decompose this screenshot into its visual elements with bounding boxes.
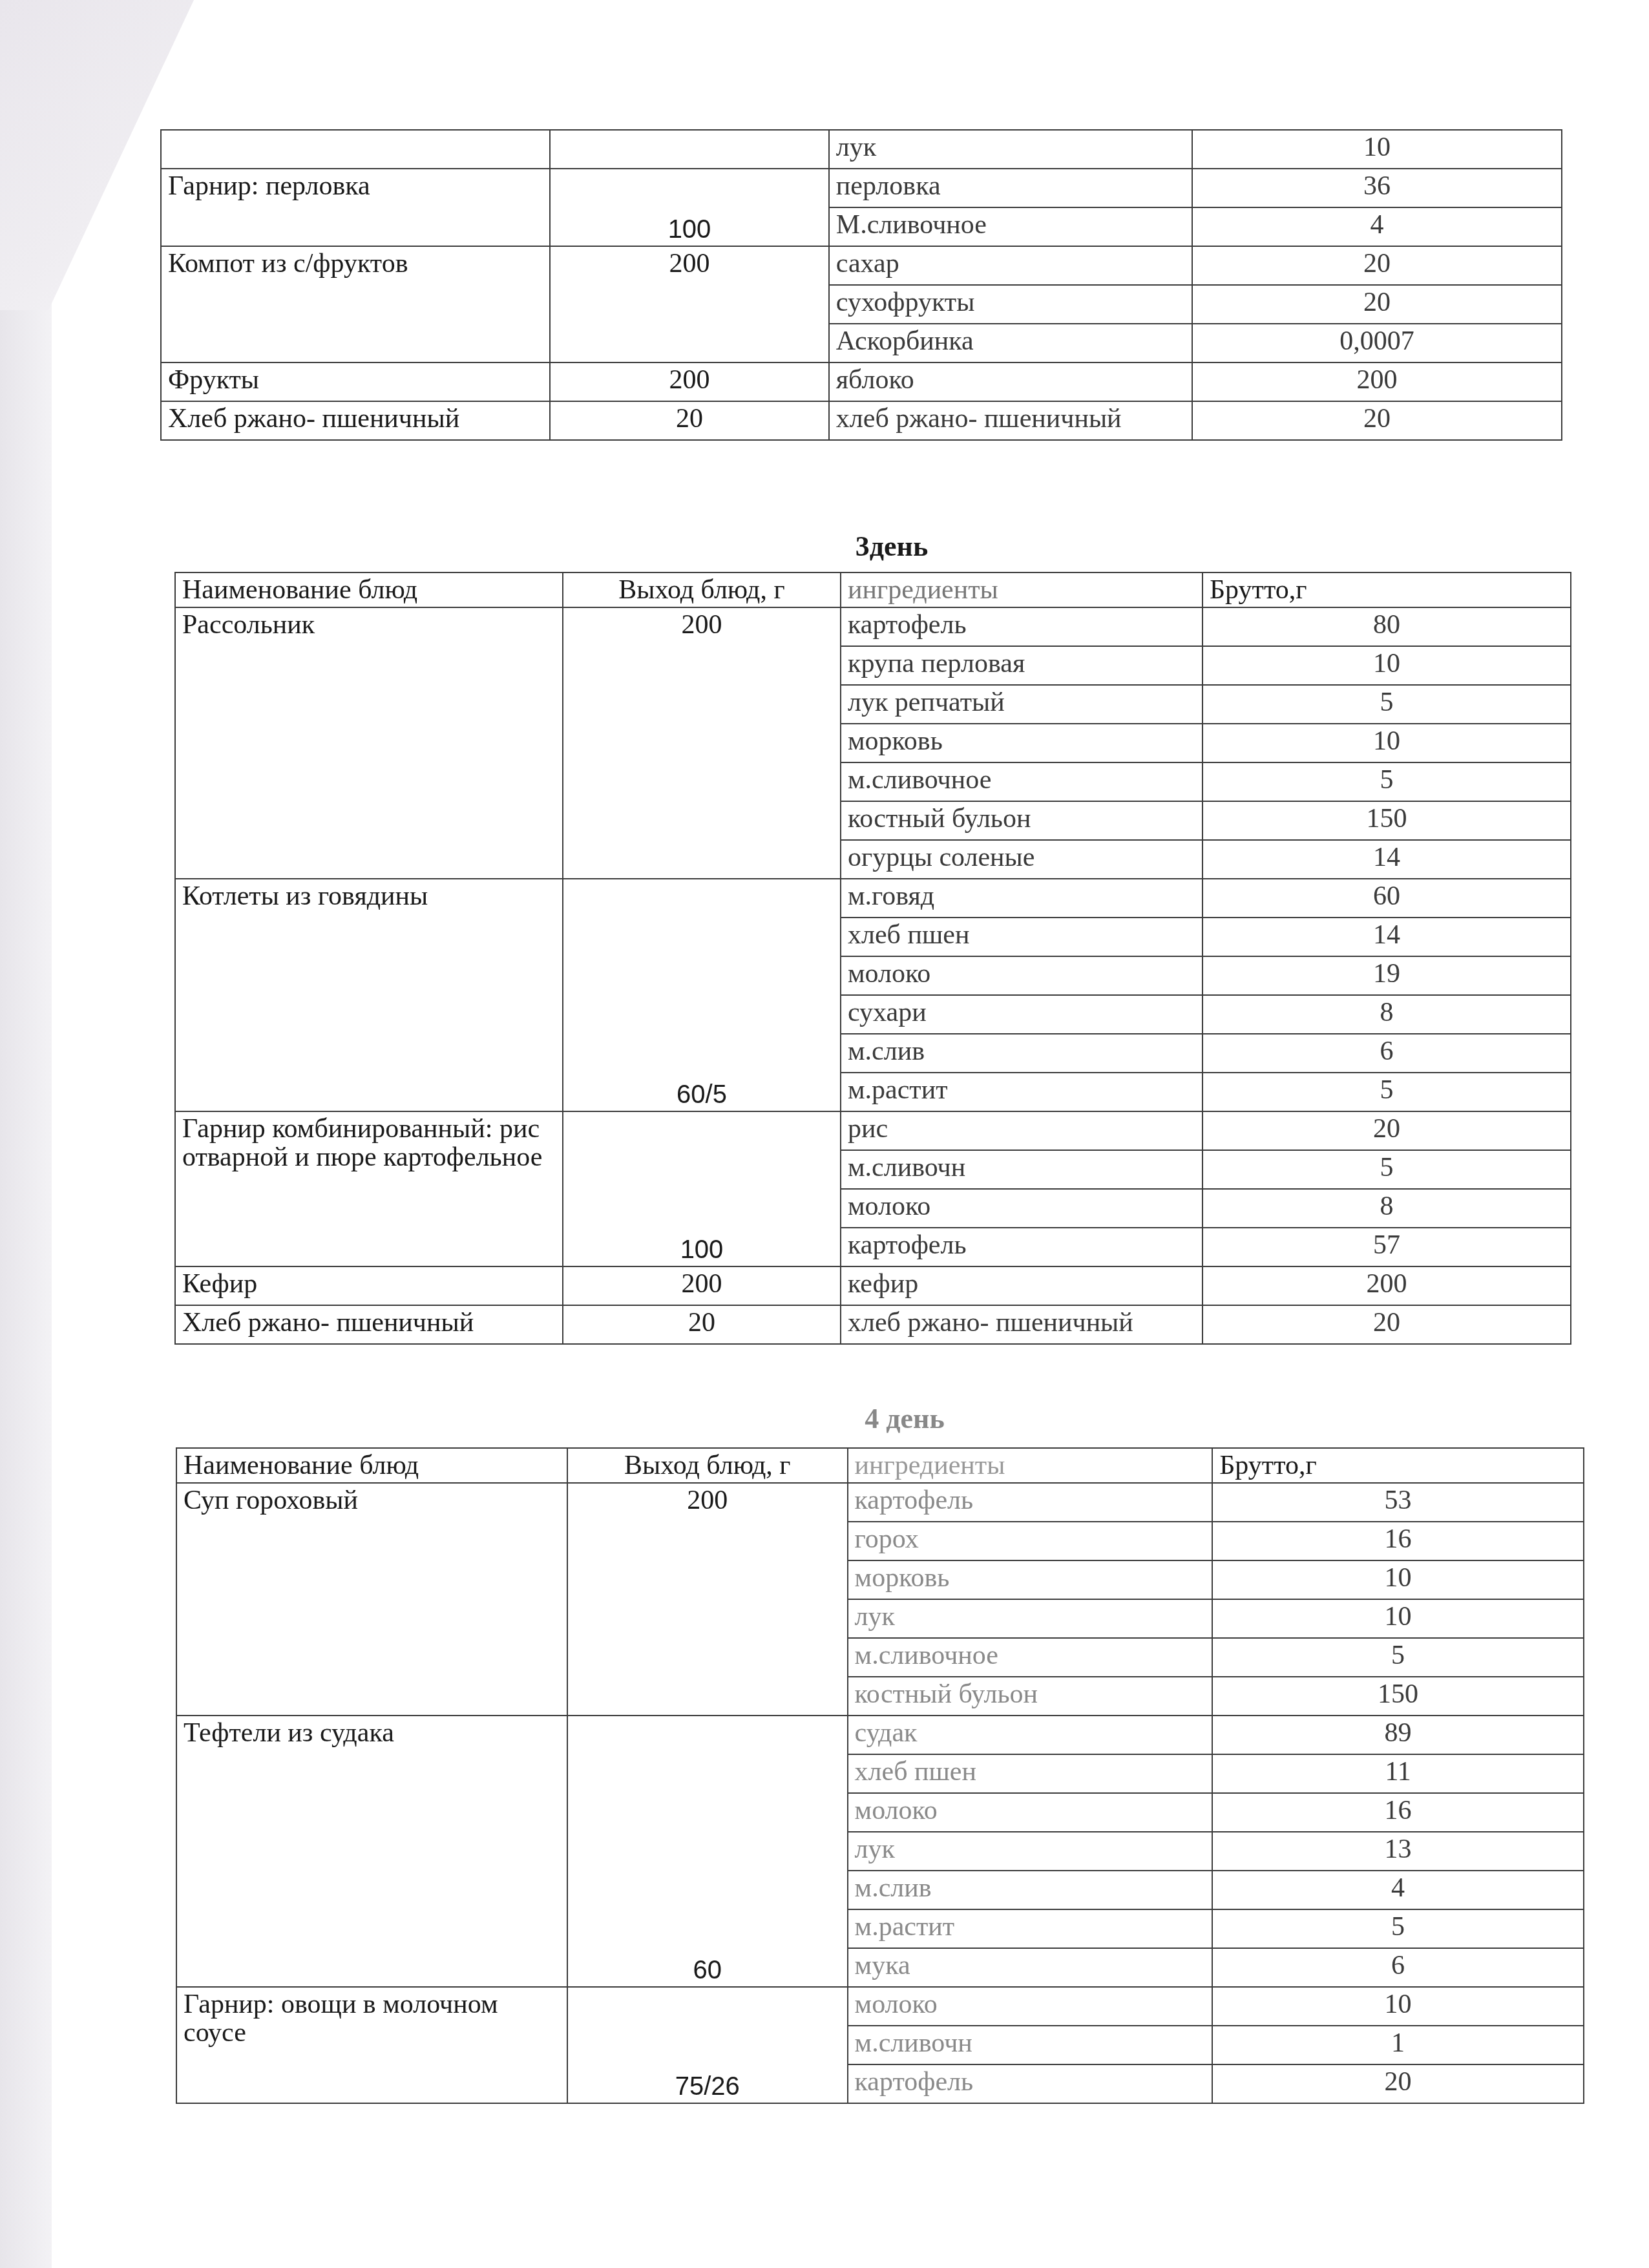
table-row: Суп гороховый200картофель53 <box>176 1483 1584 1522</box>
ingredient-name: картофель <box>841 1228 1203 1266</box>
table-row: Тефтели из судака60судак89 <box>176 1716 1584 1754</box>
ingredient-name: хлеб ржано- пшеничный <box>829 401 1192 440</box>
dish-name: Гарнир: овощи в молочном соусе <box>176 1987 567 2103</box>
ingredient-gross: 10 <box>1203 724 1571 762</box>
ingredient-gross: 5 <box>1203 762 1571 801</box>
ingredient-gross: 10 <box>1203 646 1571 685</box>
dish-name: Котлеты из говядины <box>175 879 563 1111</box>
dish-yield: 20 <box>563 1305 841 1344</box>
dish-yield: 100 <box>563 1111 841 1266</box>
ingredient-gross: 53 <box>1212 1483 1584 1522</box>
ingredient-name: огурцы соленые <box>841 840 1203 879</box>
ingredient-name: сухари <box>841 995 1203 1034</box>
ingredient-gross: 6 <box>1203 1034 1571 1073</box>
dish-name: Кефир <box>175 1266 563 1305</box>
ingredient-gross: 10 <box>1212 1599 1584 1638</box>
ingredient-gross: 13 <box>1212 1832 1584 1871</box>
ingredient-gross: 19 <box>1203 956 1571 995</box>
ingredient-gross: 5 <box>1212 1909 1584 1948</box>
ingredient-gross: 4 <box>1192 207 1562 246</box>
ingredient-name: хлеб пшен <box>841 918 1203 956</box>
ingredient-name: хлеб пшен <box>848 1754 1213 1793</box>
ingredient-name: хлеб ржано- пшеничный <box>841 1305 1203 1344</box>
dish-name: Хлеб ржано- пшеничный <box>175 1305 563 1344</box>
ingredient-gross: 14 <box>1203 918 1571 956</box>
dish-yield: 60/5 <box>563 879 841 1111</box>
table-row: Гарнир: перловка100перловка36 <box>161 169 1562 207</box>
ingredient-name: м.говяд <box>841 879 1203 918</box>
ingredient-gross: 20 <box>1192 401 1562 440</box>
ingredient-gross: 1 <box>1212 2026 1584 2064</box>
table-row: Кефир200кефир200 <box>175 1266 1571 1305</box>
ingredient-name: м.слив <box>848 1871 1213 1909</box>
ingredient-gross: 200 <box>1203 1266 1571 1305</box>
ingredient-name: молоко <box>841 956 1203 995</box>
table-row: Хлеб ржано- пшеничный20хлеб ржано- пшени… <box>161 401 1562 440</box>
ingredient-gross: 10 <box>1212 1560 1584 1599</box>
dish-yield: 200 <box>563 1266 841 1305</box>
ingredient-gross: 5 <box>1212 1638 1584 1677</box>
ingredient-gross: 5 <box>1203 1073 1571 1111</box>
table-row: Фрукты200яблоко200 <box>161 362 1562 401</box>
header-dish: Наименование блюд <box>176 1448 567 1483</box>
ingredient-gross: 150 <box>1212 1677 1584 1716</box>
dish-yield: 100 <box>550 169 829 246</box>
dish-yield: 200 <box>550 362 829 401</box>
ingredient-name: крупа перловая <box>841 646 1203 685</box>
header-dish: Наименование блюд <box>175 572 563 607</box>
header-gross: Брутто,г <box>1212 1448 1584 1483</box>
table-row: Гарнир комбинированный: рис отварной и п… <box>175 1111 1571 1150</box>
ingredient-name: перловка <box>829 169 1192 207</box>
ingredient-name: картофель <box>841 607 1203 646</box>
header-gross: Брутто,г <box>1203 572 1571 607</box>
header-ingredients: ингредиенты <box>841 572 1203 607</box>
day3-table: Наименование блюд Выход блюд, г ингредие… <box>174 572 1571 1345</box>
ingredient-gross: 10 <box>1192 130 1562 169</box>
ingredient-gross: 60 <box>1203 879 1571 918</box>
ingredient-gross: 16 <box>1212 1522 1584 1560</box>
table-row: Рассольник200картофель80 <box>175 607 1571 646</box>
ingredient-gross: 20 <box>1212 2064 1584 2103</box>
ingredient-gross: 150 <box>1203 801 1571 840</box>
header-row: Наименование блюд Выход блюд, г ингредие… <box>175 572 1571 607</box>
ingredient-name: лук <box>829 130 1192 169</box>
ingredient-gross: 20 <box>1192 246 1562 285</box>
ingredient-gross: 11 <box>1212 1754 1584 1793</box>
ingredient-name: морковь <box>841 724 1203 762</box>
ingredient-name: лук <box>848 1599 1213 1638</box>
header-row: Наименование блюд Выход блюд, г ингредие… <box>176 1448 1584 1483</box>
ingredient-name: сухофрукты <box>829 285 1192 324</box>
table-row: Гарнир: овощи в молочном соусе75/26молок… <box>176 1987 1584 2026</box>
table-row: Компот из с/фруктов200сахар20 <box>161 246 1562 285</box>
ingredient-name: м.сливочн <box>841 1150 1203 1189</box>
dish-name: Тефтели из судака <box>176 1716 567 1987</box>
header-ingredients: ингредиенты <box>848 1448 1213 1483</box>
ingredient-gross: 5 <box>1203 1150 1571 1189</box>
dish-name: Компот из с/фруктов <box>161 246 550 362</box>
dish-name: Фрукты <box>161 362 550 401</box>
ingredient-gross: 57 <box>1203 1228 1571 1266</box>
ingredient-name: костный бульон <box>841 801 1203 840</box>
ingredient-name: лук репчатый <box>841 685 1203 724</box>
table-row: Котлеты из говядины60/5м.говяд60 <box>175 879 1571 918</box>
ingredient-name: м.сливочное <box>841 762 1203 801</box>
ingredient-name: молоко <box>848 1987 1213 2026</box>
ingredient-name: костный бульон <box>848 1677 1213 1716</box>
ingredient-name: мука <box>848 1948 1213 1987</box>
ingredient-gross: 20 <box>1192 285 1562 324</box>
ingredient-gross: 4 <box>1212 1871 1584 1909</box>
ingredient-name: лук <box>848 1832 1213 1871</box>
ingredient-gross: 89 <box>1212 1716 1584 1754</box>
table-row: лук10 <box>161 130 1562 169</box>
ingredient-name: горох <box>848 1522 1213 1560</box>
ingredient-gross: 80 <box>1203 607 1571 646</box>
ingredient-gross: 20 <box>1203 1111 1571 1150</box>
header-yield: Выход блюд, г <box>563 572 841 607</box>
scanner-shadow-lower <box>0 278 52 2268</box>
ingredient-gross: 16 <box>1212 1793 1584 1832</box>
continuation-table: лук10Гарнир: перловка100перловка36М.слив… <box>160 129 1562 441</box>
dish-name: Суп гороховый <box>176 1483 567 1716</box>
ingredient-gross: 36 <box>1192 169 1562 207</box>
table-row: Хлеб ржано- пшеничный20хлеб ржано- пшени… <box>175 1305 1571 1344</box>
dish-name: Гарнир комбинированный: рис отварной и п… <box>175 1111 563 1266</box>
ingredient-name: м.растит <box>841 1073 1203 1111</box>
dish-name: Рассольник <box>175 607 563 879</box>
ingredient-gross: 8 <box>1203 1189 1571 1228</box>
ingredient-gross: 200 <box>1192 362 1562 401</box>
dish-yield: 20 <box>550 401 829 440</box>
dish-yield <box>550 130 829 169</box>
dish-yield: 200 <box>563 607 841 879</box>
ingredient-name: м.растит <box>848 1909 1213 1948</box>
ingredient-gross: 8 <box>1203 995 1571 1034</box>
ingredient-gross: 6 <box>1212 1948 1584 1987</box>
ingredient-name: судак <box>848 1716 1213 1754</box>
ingredient-name: М.сливочное <box>829 207 1192 246</box>
ingredient-gross: 5 <box>1203 685 1571 724</box>
ingredient-gross: 10 <box>1212 1987 1584 2026</box>
dish-yield: 200 <box>550 246 829 362</box>
day4-title: 4 день <box>775 1402 1034 1435</box>
ingredient-gross: 14 <box>1203 840 1571 879</box>
dish-yield: 75/26 <box>567 1987 848 2103</box>
dish-name: Гарнир: перловка <box>161 169 550 246</box>
dish-yield: 200 <box>567 1483 848 1716</box>
header-yield: Выход блюд, г <box>567 1448 848 1483</box>
ingredient-name: м.слив <box>841 1034 1203 1073</box>
ingredient-name: Аскорбинка <box>829 324 1192 362</box>
ingredient-name: морковь <box>848 1560 1213 1599</box>
day3-title: 3день <box>762 530 1021 563</box>
ingredient-name: картофель <box>848 2064 1213 2103</box>
ingredient-name: рис <box>841 1111 1203 1150</box>
ingredient-gross: 0,0007 <box>1192 324 1562 362</box>
ingredient-name: картофель <box>848 1483 1213 1522</box>
ingredient-gross: 20 <box>1203 1305 1571 1344</box>
dish-name <box>161 130 550 169</box>
ingredient-name: сахар <box>829 246 1192 285</box>
ingredient-name: молоко <box>841 1189 1203 1228</box>
ingredient-name: яблоко <box>829 362 1192 401</box>
ingredient-name: м.сливочное <box>848 1638 1213 1677</box>
day4-table: Наименование блюд Выход блюд, г ингредие… <box>176 1447 1584 2104</box>
dish-yield: 60 <box>567 1716 848 1987</box>
ingredient-name: кефир <box>841 1266 1203 1305</box>
dish-name: Хлеб ржано- пшеничный <box>161 401 550 440</box>
ingredient-name: м.сливочн <box>848 2026 1213 2064</box>
ingredient-name: молоко <box>848 1793 1213 1832</box>
